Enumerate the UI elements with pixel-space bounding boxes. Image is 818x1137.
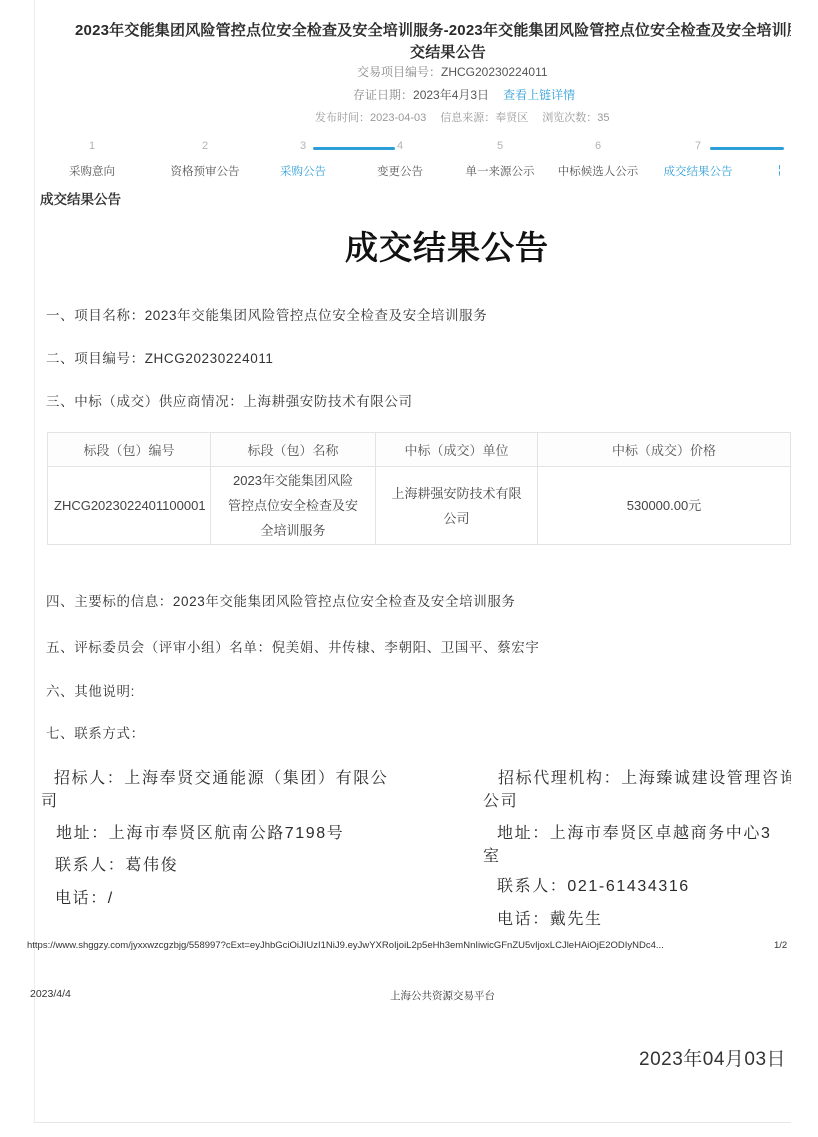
doc-title-line2: 交结果公告 <box>410 41 486 62</box>
cell-winner-line: 公司 <box>376 506 537 531</box>
cell-bid-name-line: 2023年交能集团风险 <box>211 468 375 493</box>
cell-winner: 上海耕强安防技术有限 公司 <box>376 467 538 545</box>
chain-detail-link[interactable]: 查看上链详情 <box>503 88 575 102</box>
meta-cert-date-value: 2023年4月3日 <box>413 88 489 102</box>
meta-project-no-label: 交易项目编号： <box>357 65 441 79</box>
doc-title-line1: 2023年交能集团风险管控点位安全检查及安全培训服务-2023年交能集团风险管控… <box>75 19 791 40</box>
meta-views: 浏览次数：35 <box>542 112 609 124</box>
section-winner: 三、中标（成交）供应商情况：上海耕强安防技术有限公司 <box>46 390 413 410</box>
step-8-clipped-label: ¦ <box>778 164 781 176</box>
meta-publish-time: 发布时间：2023-04-03 <box>315 112 426 124</box>
meta-cert-date-label: 存证日期： <box>353 88 413 102</box>
cell-price: 530000.00元 <box>538 467 791 545</box>
breadcrumb: 成交结果公告 <box>40 188 121 208</box>
tenderee-address: 地址：上海市奉贤区航南公路7198号 <box>56 820 344 843</box>
agency-address-line1: 地址：上海市奉贤区卓越商务中心3 <box>497 820 772 843</box>
col-bid-name: 标段（包）名称 <box>211 433 376 467</box>
cell-winner-line: 上海耕强安防技术有限 <box>376 481 537 506</box>
agency-name-line1: 招标代理机构：上海臻诚建设管理咨询 <box>498 765 791 788</box>
tenderee-phone: 电话：/ <box>55 885 114 908</box>
meta-source: 信息来源：奉贤区 <box>440 112 528 124</box>
cell-bid-name-line: 管控点位安全检查及安 <box>211 493 375 518</box>
col-price: 中标（成交）价格 <box>538 433 791 467</box>
meta-cert-date: 存证日期：2023年4月3日查看上链详情 <box>353 86 575 103</box>
col-winner: 中标（成交）单位 <box>376 433 538 467</box>
meta-project-no-value: ZHCG20230224011 <box>441 65 548 79</box>
table-row: ZHCG2023022401100001 2023年交能集团风险 管控点位安全检… <box>48 467 791 545</box>
section-other-notes: 六、其他说明: <box>46 680 135 700</box>
print-header-date: 2023/4/4 <box>30 988 71 1000</box>
tenderee-name-line2: 司 <box>41 788 59 811</box>
print-page: 2023年交能集团风险管控点位安全检查及安全培训服务-2023年交能集团风险管控… <box>0 0 818 1137</box>
step-label: 采购意向 <box>32 163 152 179</box>
agency-phone: 电话：戴先生 <box>497 906 603 929</box>
step-1-purchase-intent[interactable]: 1 采购意向 <box>32 140 152 179</box>
step-number: 7 <box>638 140 758 152</box>
tenderee-contact-person: 联系人：葛伟俊 <box>55 852 178 875</box>
col-bid-no: 标段（包）编号 <box>48 433 211 467</box>
tenderee-name-line1: 招标人：上海奉贤交通能源（集团）有限公 <box>54 765 388 788</box>
print-url: https://www.shggzy.com/jyxxwzcgzbjg/5589… <box>27 940 664 951</box>
step-label: 成交结果公告 <box>638 163 758 179</box>
result-table: 标段（包）编号 标段（包）名称 中标（成交）单位 中标（成交）价格 ZHCG20… <box>47 432 791 545</box>
print-header-site: 上海公共资源交易平台 <box>390 988 495 1003</box>
signoff-date: 2023年04月03日 <box>639 1044 786 1071</box>
step-number: 1 <box>32 140 152 152</box>
step-7-result-notice[interactable]: 7 成交结果公告 <box>638 140 758 179</box>
meta-publish-row: 发布时间：2023-04-03信息来源：奉贤区浏览次数：35 <box>315 109 624 125</box>
section-committee: 五、评标委员会（评审小组）名单：倪美娟、井传棣、李朝阳、卫国平、蔡宏宇 <box>46 636 540 656</box>
section-contact-info: 七、联系方式： <box>46 722 145 742</box>
printable-area: 2023年交能集团风险管控点位安全检查及安全培训服务-2023年交能集团风险管控… <box>0 0 791 1137</box>
cell-bid-name-line: 全培训服务 <box>211 518 375 543</box>
cell-bid-no: ZHCG2023022401100001 <box>48 467 211 545</box>
agency-name-line2: 公司 <box>483 788 518 811</box>
section-subject-info: 四、主要标的信息：2023年交能集团风险管控点位安全检查及安全培训服务 <box>46 590 516 610</box>
step-connector-3-4 <box>313 147 395 150</box>
agency-address-line2: 室 <box>483 843 501 866</box>
table-header-row: 标段（包）编号 标段（包）名称 中标（成交）单位 中标（成交）价格 <box>48 433 791 467</box>
cell-bid-name: 2023年交能集团风险 管控点位安全检查及安 全培训服务 <box>211 467 376 545</box>
page-title: 成交结果公告 <box>345 222 549 269</box>
step-connector-7-8 <box>710 147 784 150</box>
print-page-number: 1/2 <box>774 940 787 951</box>
section-project-no: 二、项目编号：ZHCG20230224011 <box>46 347 274 367</box>
agency-contact-person: 联系人：021-61434316 <box>497 873 690 896</box>
section-project-name: 一、项目名称：2023年交能集团风险管控点位安全检查及安全培训服务 <box>46 304 487 324</box>
meta-project-no: 交易项目编号：ZHCG20230224011 <box>357 63 548 80</box>
